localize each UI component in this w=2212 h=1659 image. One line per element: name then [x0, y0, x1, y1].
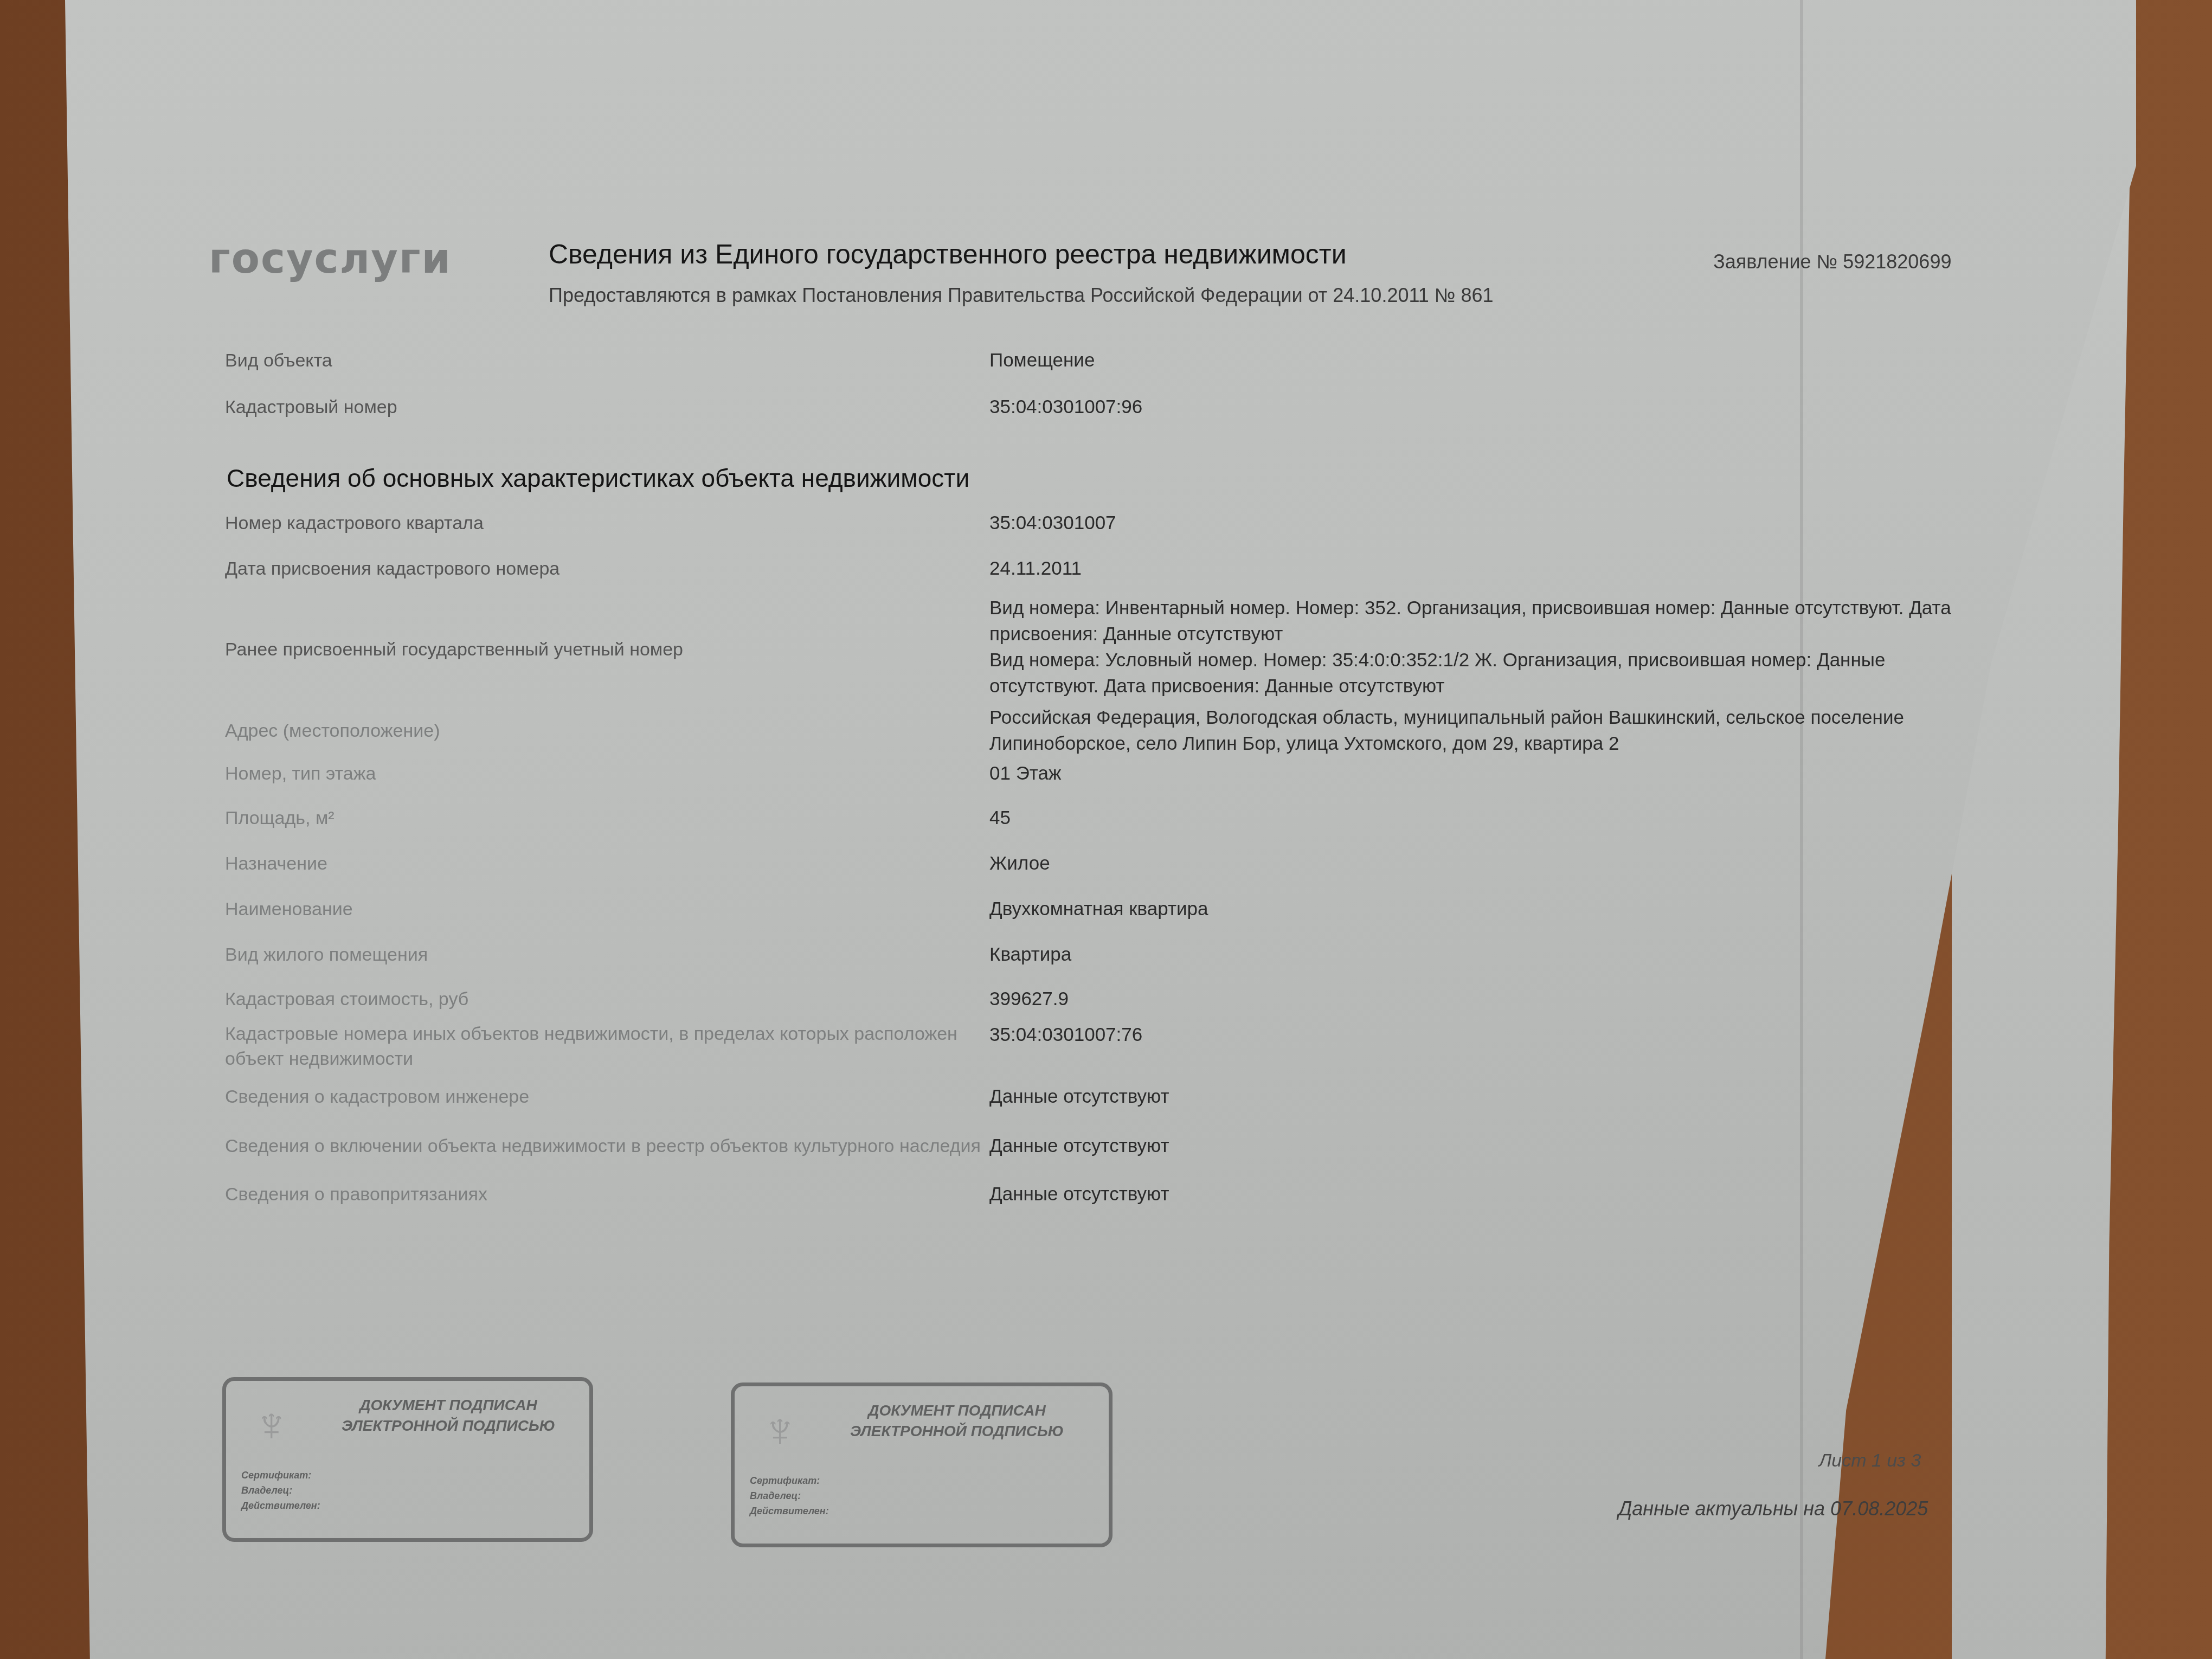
field-row: Кадастровые номера иных объектов недвижи… — [225, 1021, 1982, 1071]
field-label: Наименование — [225, 896, 989, 923]
field-label: Кадастровая стоимость, руб — [225, 986, 989, 1013]
field-row: Вид жилого помещения Квартира — [225, 941, 1982, 968]
field-value: 01 Этаж — [989, 760, 1982, 787]
field-row: Сведения о правопритязаниях Данные отсут… — [225, 1181, 1982, 1208]
document-title: Сведения из Единого государственного рее… — [549, 239, 1347, 270]
request-number: Заявление № 5921820699 — [1713, 250, 1951, 273]
field-row: Ранее присвоенный государственный учетны… — [225, 595, 1982, 704]
stamp-cert-label: Сертификат: — [241, 1468, 320, 1483]
field-value: 24.11.2011 — [989, 555, 1982, 582]
stamp-cert-label: Сертификат: — [750, 1473, 829, 1488]
field-value: Российская Федерация, Вологодская област… — [989, 705, 1982, 757]
field-row: Адрес (местоположение) Российская Федера… — [225, 705, 1982, 757]
field-label: Кадастровый номер — [225, 394, 989, 421]
field-label: Номер кадастрового квартала — [225, 510, 989, 537]
field-label: Номер, тип этажа — [225, 760, 989, 787]
field-row: Сведения о включении объекта недвижимост… — [225, 1119, 1982, 1173]
eagle-emblem-icon: ♆ — [762, 1403, 799, 1458]
field-value: Помещение — [989, 347, 1982, 374]
field-label: Сведения о правопритязаниях — [225, 1181, 989, 1208]
field-value: 35:04:0301007 — [989, 510, 1982, 537]
field-label: Сведения о включении объекта недвижимост… — [225, 1119, 989, 1173]
section-title: Сведения об основных характеристиках объ… — [227, 464, 969, 493]
e-signature-stamp: ♆ ДОКУМЕНТ ПОДПИСАН ЭЛЕКТРОННОЙ ПОДПИСЬЮ… — [222, 1377, 593, 1542]
field-label: Сведения о кадастровом инженере — [225, 1083, 989, 1110]
stamp-owner-label: Владелец: — [750, 1488, 829, 1503]
field-row: Назначение Жилое — [225, 850, 1982, 877]
field-value: Жилое — [989, 850, 1982, 877]
field-row: Наименование Двухкомнатная квартира — [225, 896, 1982, 923]
field-value: Данные отсутствуют — [989, 1083, 1982, 1110]
field-row: Площадь, м² 45 — [225, 805, 1982, 832]
field-label: Дата присвоения кадастрового номера — [225, 555, 989, 582]
page-number: Лист 1 из 3 — [1819, 1450, 1921, 1471]
stamp-details: Сертификат: Владелец: Действителен: — [241, 1468, 320, 1513]
stamp-valid-label: Действителен: — [750, 1503, 829, 1519]
field-row: Сведения о кадастровом инженере Данные о… — [225, 1083, 1982, 1110]
field-row-object-type: Вид объекта Помещение — [225, 347, 1982, 374]
field-value: Вид номера: Инвентарный номер. Номер: 35… — [989, 595, 1982, 704]
stamp-heading: ДОКУМЕНТ ПОДПИСАН ЭЛЕКТРОННОЙ ПОДПИСЬЮ — [843, 1400, 1071, 1442]
document-subtitle: Предоставляются в рамках Постановления П… — [549, 284, 1493, 307]
stamp-valid-label: Действителен: — [241, 1498, 320, 1513]
field-row: Дата присвоения кадастрового номера 24.1… — [225, 555, 1982, 582]
data-actual-date: Данные актуальны на 07.08.2025 — [1618, 1497, 1928, 1520]
field-label: Ранее присвоенный государственный учетны… — [225, 595, 989, 704]
field-label: Площадь, м² — [225, 805, 989, 832]
field-value: Данные отсутствуют — [989, 1181, 1982, 1208]
field-row: Кадастровая стоимость, руб 399627.9 — [225, 986, 1982, 1013]
field-value: Данные отсутствуют — [989, 1119, 1982, 1173]
field-label: Вид жилого помещения — [225, 941, 989, 968]
field-value: 45 — [989, 805, 1982, 832]
field-label: Адрес (местоположение) — [225, 705, 989, 757]
field-row: Номер, тип этажа 01 Этаж — [225, 760, 1982, 787]
stamp-heading: ДОКУМЕНТ ПОДПИСАН ЭЛЕКТРОННОЙ ПОДПИСЬЮ — [335, 1395, 562, 1436]
field-value: 35:04:0301007:96 — [989, 394, 1982, 421]
field-row-cadastral-number: Кадастровый номер 35:04:0301007:96 — [225, 394, 1982, 421]
e-signature-stamp: ♆ ДОКУМЕНТ ПОДПИСАН ЭЛЕКТРОННОЙ ПОДПИСЬЮ… — [731, 1382, 1113, 1547]
field-label: Назначение — [225, 850, 989, 877]
stamp-owner-label: Владелец: — [241, 1483, 320, 1498]
field-value: Квартира — [989, 941, 1982, 968]
eagle-emblem-icon: ♆ — [253, 1397, 290, 1453]
gosuslugi-logo: госуслуги — [209, 234, 452, 282]
field-value: 399627.9 — [989, 986, 1982, 1013]
field-label: Вид объекта — [225, 347, 989, 374]
stamp-details: Сертификат: Владелец: Действителен: — [750, 1473, 829, 1519]
field-value: Двухкомнатная квартира — [989, 896, 1982, 923]
field-row: Номер кадастрового квартала 35:04:030100… — [225, 510, 1982, 537]
field-label: Кадастровые номера иных объектов недвижи… — [225, 1021, 989, 1071]
field-value: 35:04:0301007:76 — [989, 1021, 1982, 1071]
